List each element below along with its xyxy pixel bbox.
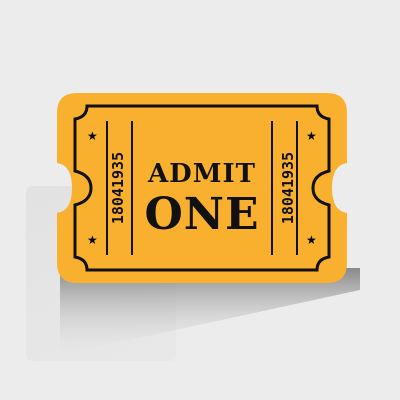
star-icon: ★ (306, 129, 317, 144)
admit-one-ticket: ★ ★ ★ ★ 18041935 18041935 ADMIT ONE (57, 93, 347, 283)
star-icon: ★ (87, 129, 98, 144)
ticket-subline: ONE (57, 189, 347, 240)
ticket-headline: ADMIT (57, 159, 347, 189)
